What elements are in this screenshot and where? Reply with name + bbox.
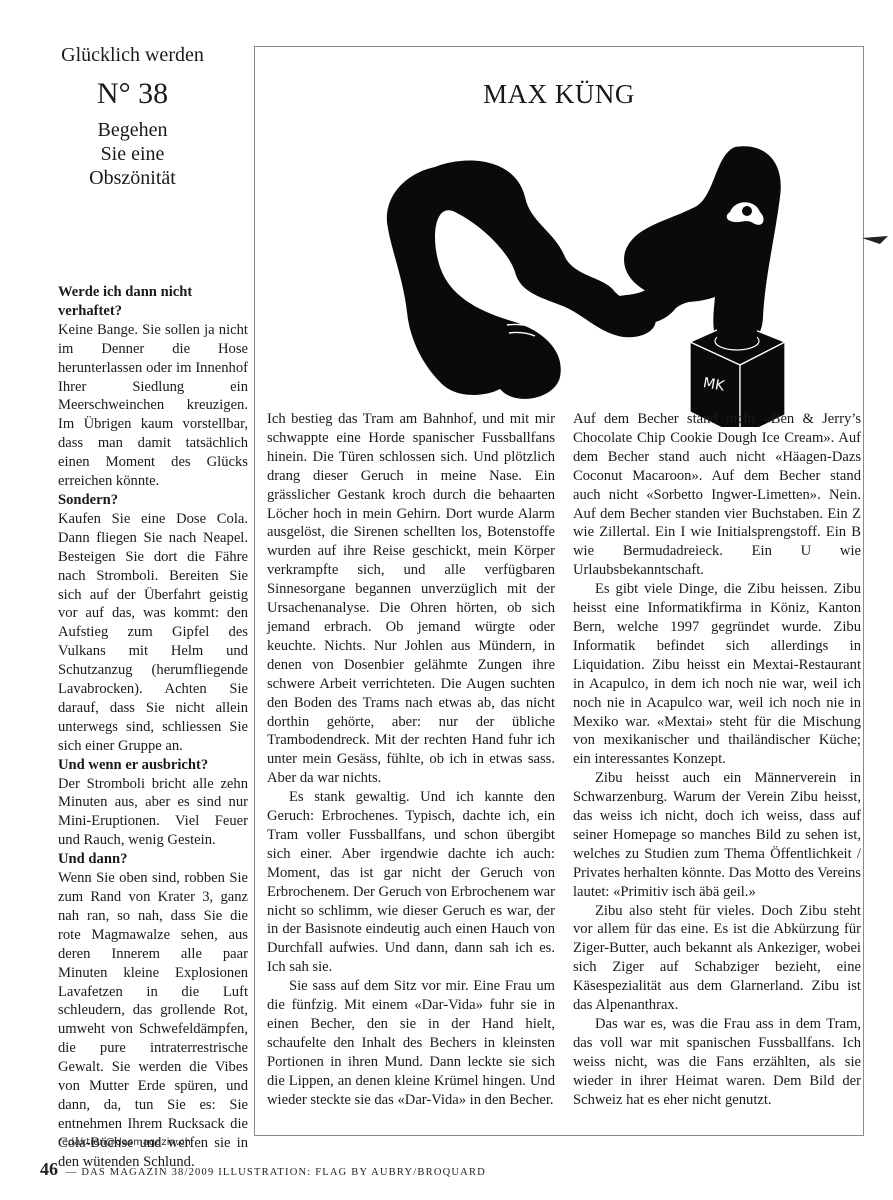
qa-question: Sondern? <box>58 491 248 510</box>
article-paragraph: Es stank gewaltig. Und ich kannte den Ge… <box>267 788 555 977</box>
qa-question: Und dann? <box>58 850 248 869</box>
article-paragraph: Es gibt viele Dinge, die Zibu heissen. Z… <box>573 580 861 769</box>
sidebar-header: Glücklich werden N° 38 Begehen Sie eine … <box>40 20 225 190</box>
qa-answer: Keine Bange. Sie sollen ja nicht im Denn… <box>58 321 248 491</box>
article-paragraph: Sie sass auf dem Sitz vor mir. Eine Frau… <box>267 977 555 1109</box>
article-paragraph: Auf dem Becher stand nicht «Ben & Jerry’… <box>573 410 861 580</box>
article-paragraph: Ich bestieg das Tram am Bahnhof, und mit… <box>267 410 555 788</box>
series-kicker: Glücklich werden <box>40 42 225 68</box>
article-paragraph: Zibu heisst auch ein Männerverein in Sch… <box>573 769 861 901</box>
nose-foot-illustration: MK <box>315 127 795 427</box>
qa-question: Und wenn er ausbricht? <box>58 756 248 775</box>
article-column-left: Ich bestieg das Tram am Bahnhof, und mit… <box>267 410 555 1110</box>
subtitle-line: Obszönität <box>40 166 225 190</box>
editorial-email[interactable]: redaktion@dasmagazin.ch <box>58 1137 191 1148</box>
page-footer: 46 — DAS MAGAZIN 38/2009 ILLUSTRATION: F… <box>40 1159 486 1180</box>
page-edge-mark-icon <box>862 236 890 244</box>
article-paragraph: Zibu also steht für vieles. Doch Zibu st… <box>573 902 861 1015</box>
qa-answer: Wenn Sie oben sind, robben Sie zum Rand … <box>58 869 248 1172</box>
article-column-right: Auf dem Becher stand nicht «Ben & Jerry’… <box>573 410 861 1110</box>
sidebar-subtitle: Begehen Sie eine Obszönität <box>40 118 225 190</box>
qa-answer: Kaufen Sie eine Dose Cola. Dann fliegen … <box>58 510 248 756</box>
sidebar-qa: Werde ich dann nicht verhaftet? Keine Ba… <box>58 283 248 1172</box>
subtitle-line: Sie eine <box>40 142 225 166</box>
issue-number: N° 38 <box>40 74 225 114</box>
qa-question: Werde ich dann nicht verhaftet? <box>58 283 248 321</box>
article-paragraph: Das war es, was die Frau ass in dem Tram… <box>573 1015 861 1110</box>
page-number: 46 <box>40 1159 58 1179</box>
qa-answer: Der Stromboli bricht alle zehn Minuten a… <box>58 775 248 851</box>
footer-credits: — DAS MAGAZIN 38/2009 ILLUSTRATION: FLAG… <box>66 1167 486 1178</box>
author-name: MAX KÜNG <box>255 79 863 110</box>
column-box: MAX KÜNG MK Ich bestieg das Tram am Bahn… <box>254 46 864 1136</box>
subtitle-line: Begehen <box>40 118 225 142</box>
